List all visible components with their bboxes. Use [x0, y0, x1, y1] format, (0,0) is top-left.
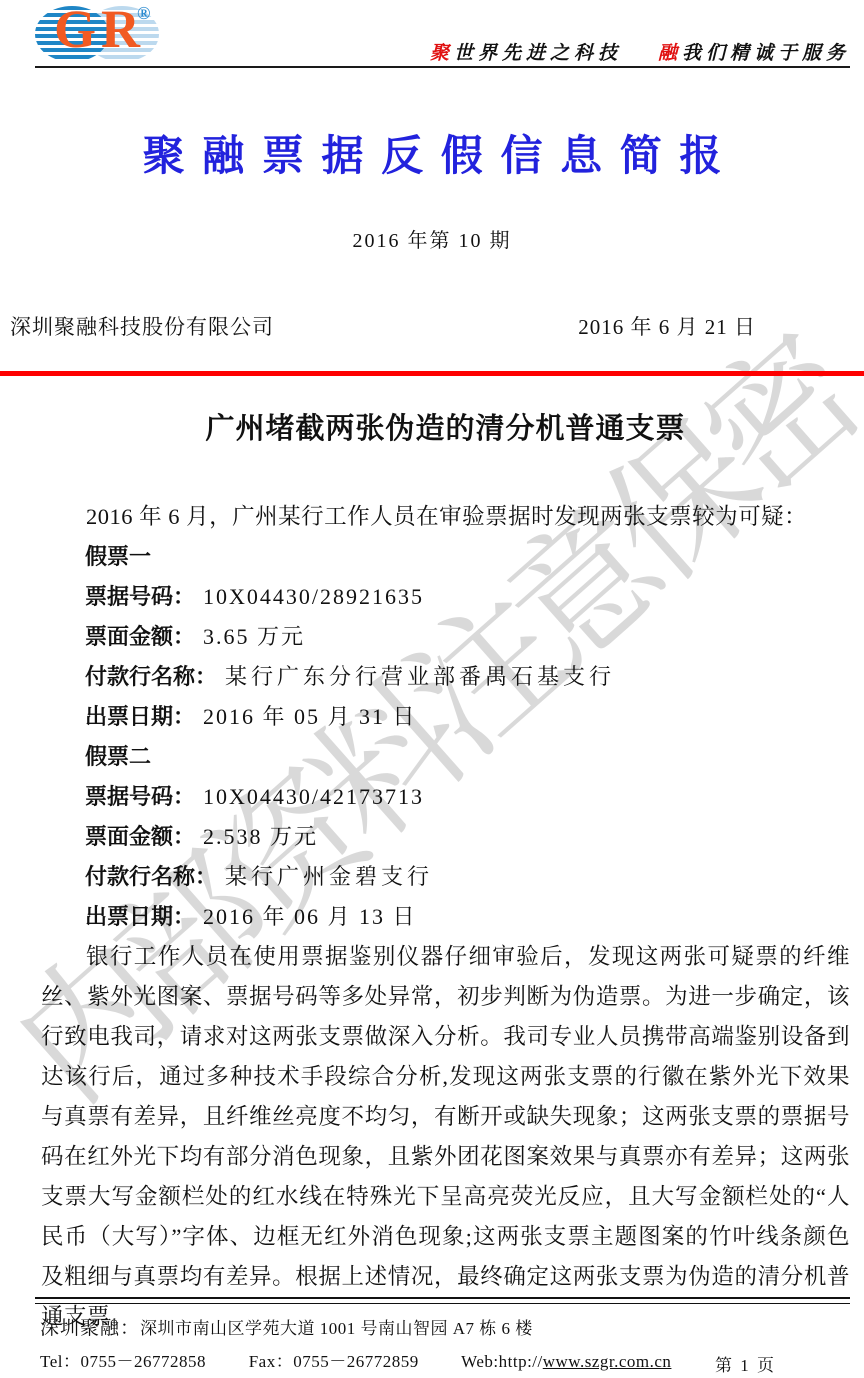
- issue-date: 2016 年 6 月 21 日: [578, 311, 756, 341]
- field-label: 票据号码：: [85, 584, 195, 609]
- registered-trademark-icon: ®: [137, 3, 150, 24]
- article: 广州堵截两张伪造的清分机普通支票 2016 年 6 月，广州某行工作人员在审验票…: [0, 412, 864, 1337]
- field-value: 2016 年 05 月 31 日: [203, 704, 417, 729]
- footer-web: Web:http://www.szgr.com.cn: [461, 1352, 671, 1371]
- field-value: 10X04430/28921635: [203, 584, 424, 609]
- web-label: Web:http://: [461, 1352, 543, 1371]
- company-name: 深圳聚融科技股份有限公司: [10, 311, 274, 341]
- ticket-field-row: 票据号码：10X04430/42173713: [41, 777, 850, 817]
- bulletin-page: 内部资料注意保密 GR ® 聚世界先进之科技融我们精诚于服务 聚融票据反假信息简…: [0, 0, 864, 1378]
- field-value: 2.538 万元: [203, 824, 318, 849]
- footer-company-label: 深圳聚融：: [40, 1318, 140, 1339]
- logo-gr-text: GR: [54, 0, 145, 60]
- article-intro: 2016 年 6 月，广州某行工作人员在审验票据时发现两张支票较为可疑：: [41, 497, 850, 537]
- footer-divider-line: [35, 1297, 850, 1304]
- page-footer: 深圳聚融：深圳市南山区学苑大道 1001 号南山智园 A7 栋 6 楼 Tel：…: [0, 1297, 864, 1378]
- fake-ticket-2-heading: 假票二: [41, 737, 850, 777]
- issue-number: 2016 年第 10 期: [0, 224, 864, 253]
- field-value: 某行广州金碧支行: [225, 864, 433, 889]
- page-header: GR ® 聚世界先进之科技融我们精诚于服务: [0, 0, 864, 68]
- fax-label: Fax：: [249, 1352, 294, 1371]
- header-divider-line: [35, 66, 850, 68]
- field-value: 3.65 万元: [203, 624, 305, 649]
- red-divider-line: [0, 371, 864, 376]
- page-number: 第 1 页: [715, 1351, 776, 1376]
- field-label: 出票日期：: [85, 704, 195, 729]
- company-logo: GR ®: [35, 4, 175, 64]
- company-slogan: 聚世界先进之科技融我们精诚于服务: [430, 38, 850, 65]
- ticket-field-row: 票据号码：10X04430/28921635: [41, 577, 850, 617]
- article-body: 银行工作人员在使用票据鉴别仪器仔细审验后，发现这两张可疑票的纤维丝、紫外光图案、…: [41, 937, 850, 1337]
- slogan-text-2: 我们精诚于服务: [682, 43, 850, 64]
- field-label: 票据号码：: [85, 784, 195, 809]
- field-label: 出票日期：: [85, 904, 195, 929]
- footer-fax: Fax：0755－26772859: [249, 1352, 419, 1371]
- ticket-field-row: 票面金额：2.538 万元: [41, 817, 850, 857]
- footer-address-line: 深圳聚融：深圳市南山区学苑大道 1001 号南山智园 A7 栋 6 楼: [40, 1313, 850, 1340]
- ticket-field-row: 付款行名称：某行广东分行营业部番禺石基支行: [41, 657, 850, 697]
- field-label: 票面金额：: [85, 624, 195, 649]
- fax-value: 0755－26772859: [293, 1352, 419, 1371]
- bulletin-title: 聚融票据反假信息简报: [0, 68, 864, 182]
- field-label: 付款行名称：: [85, 864, 217, 889]
- field-value: 2016 年 06 月 13 日: [203, 904, 417, 929]
- field-label: 票面金额：: [85, 824, 195, 849]
- ticket-field-row: 出票日期：2016 年 06 月 13 日: [41, 897, 850, 937]
- slogan-red-char-1: 聚: [430, 43, 454, 64]
- field-label: 付款行名称：: [85, 664, 217, 689]
- ticket-field-row: 票面金额：3.65 万元: [41, 617, 850, 657]
- footer-tel: Tel：0755－26772858: [40, 1352, 206, 1371]
- field-value: 某行广东分行营业部番禺石基支行: [225, 664, 615, 689]
- ticket-field-row: 付款行名称：某行广州金碧支行: [41, 857, 850, 897]
- slogan-red-char-2: 融: [658, 43, 682, 64]
- article-title: 广州堵截两张伪造的清分机普通支票: [41, 412, 850, 447]
- tel-label: Tel：: [40, 1352, 80, 1371]
- company-date-row: 深圳聚融科技股份有限公司 2016 年 6 月 21 日: [0, 311, 864, 341]
- slogan-text-1: 世界先进之科技: [454, 43, 622, 64]
- field-value: 10X04430/42173713: [203, 784, 424, 809]
- fake-ticket-1-heading: 假票一: [41, 537, 850, 577]
- web-url-link[interactable]: www.szgr.com.cn: [543, 1352, 672, 1371]
- footer-address-text: 深圳市南山区学苑大道 1001 号南山智园 A7 栋 6 楼: [140, 1319, 533, 1338]
- tel-value: 0755－26772858: [80, 1352, 206, 1371]
- ticket-field-row: 出票日期：2016 年 05 月 31 日: [41, 697, 850, 737]
